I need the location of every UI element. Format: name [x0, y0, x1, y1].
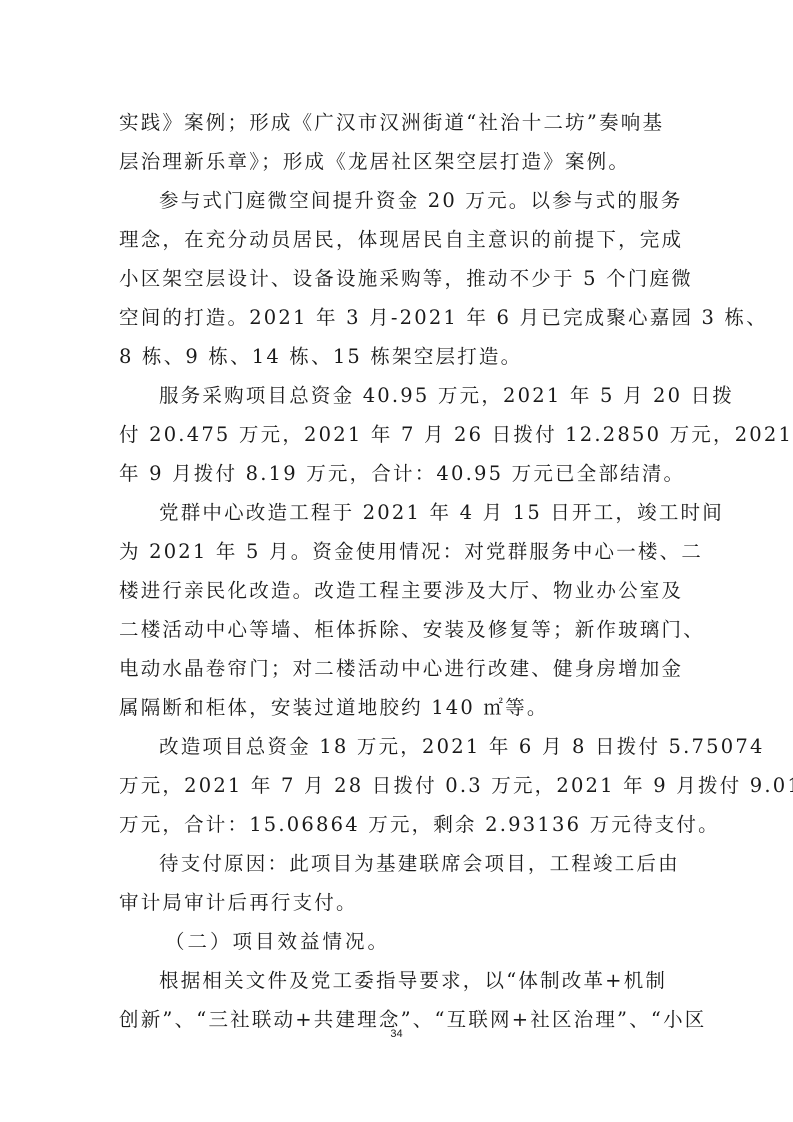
text-line: 参与式门庭微空间提升资金 20 万元。以参与式的服务	[119, 181, 679, 220]
paragraph-case-references: 实践》案例；形成《广汉市汉洲街道“社治十二坊”奏响基 层治理新乐章》；形成《龙居…	[119, 103, 679, 181]
text-line: 层治理新乐章》；形成《龙居社区架空层打造》案例。	[119, 142, 679, 181]
text-line: 8 栋、9 栋、14 栋、15 栋架空层打造。	[119, 337, 679, 376]
paragraph-courtyard-space-fund: 参与式门庭微空间提升资金 20 万元。以参与式的服务 理念，在充分动员居民，体现…	[119, 181, 679, 376]
text-line: 理念，在充分动员居民，体现居民自主意识的前提下，完成	[119, 220, 679, 259]
page-number: 34	[0, 1028, 793, 1040]
text-line: 万元，合计：15.06864 万元，剩余 2.93136 万元待支付。	[119, 805, 679, 844]
text-line: 待支付原因：此项目为基建联席会项目，工程竣工后由	[119, 844, 679, 883]
body-text: 实践》案例；形成《广汉市汉洲街道“社治十二坊”奏响基 层治理新乐章》；形成《龙居…	[119, 103, 679, 1039]
document-page: 实践》案例；形成《广汉市汉洲街道“社治十二坊”奏响基 层治理新乐章》；形成《龙居…	[0, 0, 793, 1122]
paragraph-pending-payment-reason: 待支付原因：此项目为基建联席会项目，工程竣工后由 审计局审计后再行支付。	[119, 844, 679, 922]
text-line: 电动水晶卷帘门；对二楼活动中心进行改建、健身房增加金	[119, 649, 679, 688]
text-line: 空间的打造。2021 年 3 月-2021 年 6 月已完成聚心嘉园 3 栋、	[119, 298, 679, 337]
text-line: 小区架空层设计、设备设施采购等，推动不少于 5 个门庭微	[119, 259, 679, 298]
text-line: 实践》案例；形成《广汉市汉洲街道“社治十二坊”奏响基	[119, 103, 679, 142]
text-line: 年 9 月拨付 8.19 万元，合计：40.95 万元已全部结清。	[119, 454, 679, 493]
text-line: 根据相关文件及党工委指导要求，以“体制改革+机制	[119, 961, 679, 1000]
text-line: 二楼活动中心等墙、柜体拆除、安装及修复等；新作玻璃门、	[119, 610, 679, 649]
heading-line: （二）项目效益情况。	[119, 922, 679, 961]
text-line: 改造项目总资金 18 万元，2021 年 6 月 8 日拨付 5.75074	[119, 727, 679, 766]
text-line: 审计局审计后再行支付。	[119, 883, 679, 922]
text-line: 属隔断和柜体，安装过道地胶约 140 ㎡等。	[119, 688, 679, 727]
text-line: 为 2021 年 5 月。资金使用情况：对党群服务中心一楼、二	[119, 532, 679, 571]
text-line: 楼进行亲民化改造。改造工程主要涉及大厅、物业办公室及	[119, 571, 679, 610]
text-line: 付 20.475 万元，2021 年 7 月 26 日拨付 12.2850 万元…	[119, 415, 679, 454]
paragraph-renovation-funds: 改造项目总资金 18 万元，2021 年 6 月 8 日拨付 5.75074 万…	[119, 727, 679, 844]
paragraph-service-procurement: 服务采购项目总资金 40.95 万元，2021 年 5 月 20 日拨 付 20…	[119, 376, 679, 493]
text-line: 党群中心改造工程于 2021 年 4 月 15 日开工，竣工时间	[119, 493, 679, 532]
paragraph-party-center-renovation: 党群中心改造工程于 2021 年 4 月 15 日开工，竣工时间 为 2021 …	[119, 493, 679, 727]
section-heading-project-benefits: （二）项目效益情况。	[119, 922, 679, 961]
text-line: 服务采购项目总资金 40.95 万元，2021 年 5 月 20 日拨	[119, 376, 679, 415]
text-line: 万元，2021 年 7 月 28 日拨付 0.3 万元，2021 年 9 月拨付…	[119, 766, 679, 805]
